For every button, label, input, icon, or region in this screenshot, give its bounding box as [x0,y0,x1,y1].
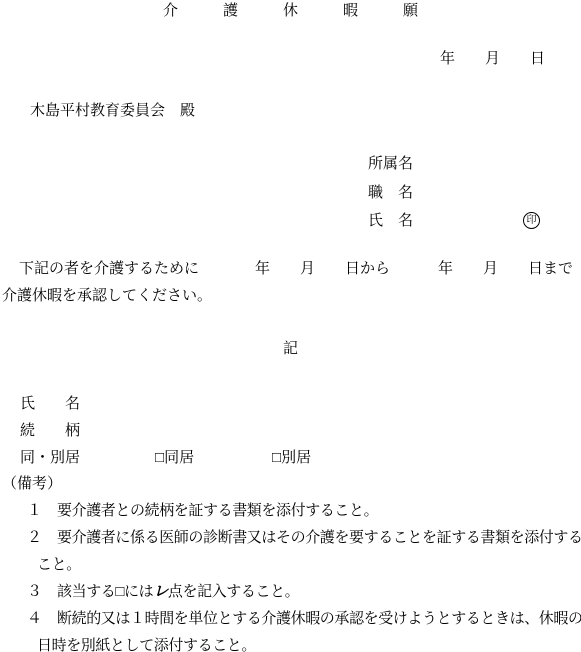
note-4-text-line2: 日時を別紙として添付すること。 [37,638,256,652]
checkbox-living-together-label: 同居 [164,450,194,466]
note-4-text: 断続的又は１時間を単位とする介護休暇の承認を受けようとするときは、休暇の [57,611,581,628]
document-page: 介 護 休 暇 願 年 月 日 木島平村教育委員会 殿 所属名 職 名 氏 名 … [0,0,581,652]
date-to-field: 年 月 日まで [438,261,573,278]
residence-option-together: □同居 [155,450,194,467]
applicant-name-label: 氏 名 [368,213,413,230]
submission-date-line: 年 月 日 [440,51,545,68]
seal-icon: 印 [523,212,540,229]
note-3-number: ３ [27,584,42,600]
note-3-text-pre: 該当する□には [57,584,153,600]
note-item-3: ３ [27,584,42,601]
care-recipient-name-label: 氏 名 [20,396,80,413]
note-2-text-line2: こと。 [37,557,81,574]
checkbox-living-together[interactable]: □ [155,450,164,466]
recipient-line: 木島平村教育委員会 殿 [30,103,195,120]
checkbox-living-separately-label: 別居 [281,450,311,466]
job-title-label: 職 名 [368,185,413,202]
relation-label: 続 柄 [20,423,80,440]
ki-heading: 記 [0,341,581,358]
residence-label: 同・別居 [20,450,80,467]
note-1-number: １ [27,503,42,519]
date-from-field: 年 月 日から [255,261,390,278]
note-1-text: 要介護者との続柄を証する書類を添付すること。 [57,503,378,520]
affiliation-label: 所属名 [368,156,413,173]
request-body-line1: 下記の者を介護するために [4,261,199,278]
checkbox-living-separately[interactable]: □ [272,450,281,466]
note-3-text-post: 点を記入すること。 [168,584,299,600]
seal-glyph: 印 [527,216,537,226]
note-item-2: ２ [27,530,42,547]
note-2-number: ２ [27,530,42,546]
note-2-text: 要介護者に係る医師の診断書又はその介護を要することを証する書類を添付する [57,530,581,547]
note-item-4: ４ [27,611,42,628]
remarks-heading: （備考） [2,476,62,493]
note-item-1: １ [27,503,42,520]
note-4-number: ４ [27,611,42,627]
check-mark-sample: レ [153,584,168,600]
document-title: 介 護 休 暇 願 [0,3,581,20]
request-body-line2: 介護休暇を承認してください。 [2,288,212,305]
residence-option-separate: □別居 [272,450,311,467]
note-3-text: 該当する□にはレ点を記入すること。 [57,584,299,601]
